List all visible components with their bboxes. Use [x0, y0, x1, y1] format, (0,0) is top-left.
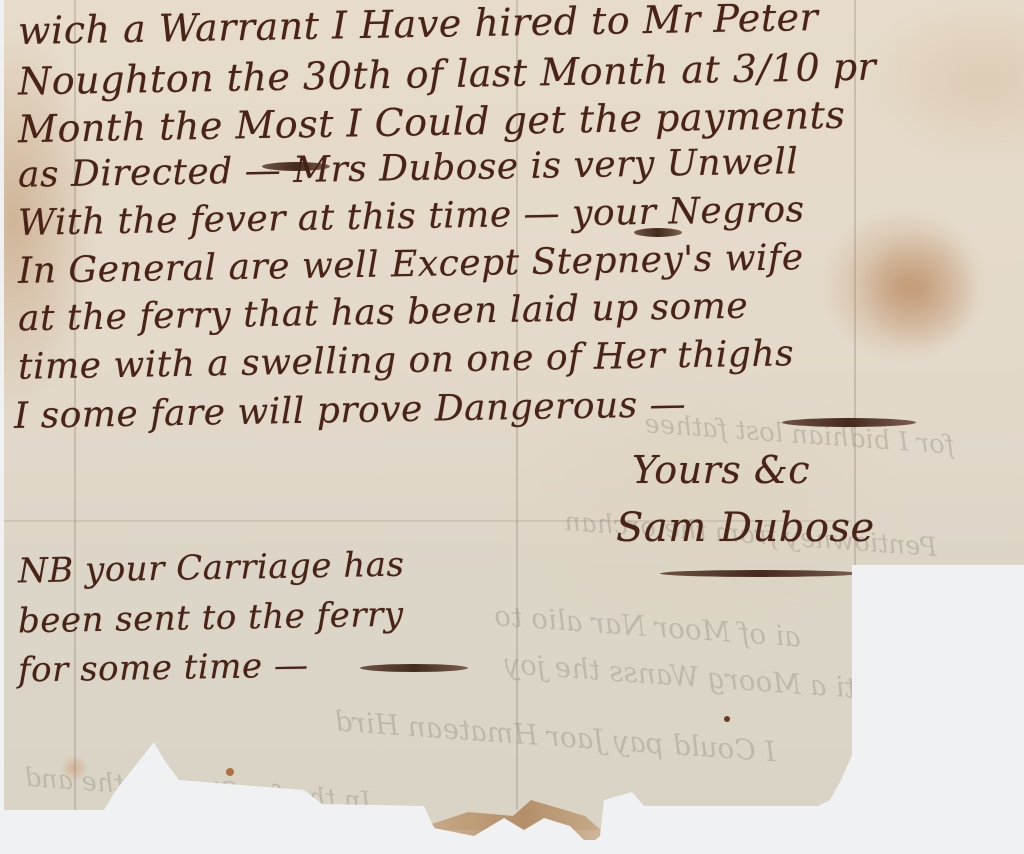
ink-dash	[360, 664, 468, 672]
letter-paper: for I bidhian lost fathee Pentiowney fro…	[4, 0, 1024, 830]
valediction: Yours &c	[632, 448, 810, 492]
ink-dash	[782, 418, 916, 427]
letter-line: wich a Warrant I Have hired to Mr Peter	[18, 0, 819, 53]
signature-underline	[660, 570, 860, 577]
bleed-through-line: ai of Moor Nar alio to	[493, 599, 802, 653]
water-stain	[859, 230, 979, 350]
ink-dash	[634, 228, 682, 237]
ink-dash	[262, 162, 330, 171]
ink-spot	[226, 768, 234, 776]
letter-line: In General are well Except Stepney's wif…	[18, 237, 804, 292]
postscript-line: for some time —	[18, 645, 309, 690]
letter-line: time with a swelling on one of Her thigh…	[18, 333, 795, 388]
letter-line: I some fare will prove Dangerous —	[14, 384, 687, 437]
foxing-spot	[59, 755, 89, 781]
letter-line: as Directed — Mrs Dubose is very Unwell	[18, 141, 799, 196]
letter-line: With the fever at this time — your Negro…	[18, 189, 805, 244]
scan-canvas: for I bidhian lost fathee Pentiowney fro…	[0, 0, 1024, 854]
bleed-through-line: ati a Moorg Wanss the joy	[503, 647, 873, 706]
postscript-line: NB your Carriage has	[18, 545, 405, 592]
postscript-line: been sent to the ferry	[18, 595, 404, 642]
bleed-through-line: I Could pay Jaor Hmatean Hird	[333, 705, 776, 769]
torn-paper-fragment	[432, 800, 612, 840]
signature: Sam Dubose	[616, 505, 875, 551]
letter-line: at the ferry that has been laid up some	[18, 286, 749, 340]
ink-spot	[724, 716, 730, 722]
